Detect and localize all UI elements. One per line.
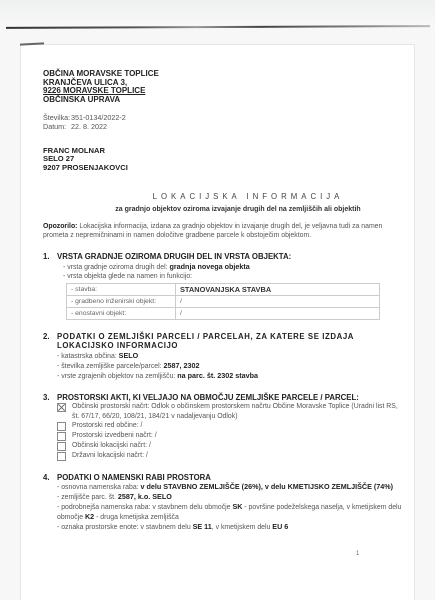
table-value: / xyxy=(176,295,380,307)
item-value: v delu STAVBNO ZEMLJIŠČE (26%), v delu K… xyxy=(141,482,394,491)
item-label: - podrobnejša namenska raba: v stavbnem … xyxy=(57,504,232,511)
page-number: 1 xyxy=(356,551,359,557)
date-value: 22. 8. 2022 xyxy=(71,122,107,131)
scan-background xyxy=(0,0,435,26)
table-value: / xyxy=(176,307,380,319)
warning-note: Opozorilo: Lokacijska informacija, izdan… xyxy=(43,223,403,240)
section-number: 3. xyxy=(43,393,57,402)
recipient-address: FRANC MOLNAR SELO 27 9207 PROSENJAKOVCI xyxy=(43,147,403,173)
table-row: - enostavni objekt:/ xyxy=(67,307,380,319)
item-label: - katastrska občina: xyxy=(57,353,119,360)
section-title: PODATKI O NAMENSKI RABI PROSTORA xyxy=(57,473,211,482)
item-value: na parc. št. 2302 stavba xyxy=(177,371,258,380)
item-label: - vrste zgrajenih objektov na zemljišču: xyxy=(57,373,177,380)
item-value: SE 11 xyxy=(193,522,212,531)
checkbox-label: Prostorski red občine: / xyxy=(72,421,142,430)
recipient-name: FRANC MOLNAR xyxy=(43,147,403,156)
item-label: vrsta gradnje oziroma drugih del: xyxy=(67,264,169,271)
section-4: 4.PODATKI O NAMENSKI RABI PROSTORA - osn… xyxy=(43,473,403,533)
unchecked-checkbox-icon xyxy=(57,432,66,441)
table-key: - enostavni objekt: xyxy=(67,307,176,319)
item-value: SK xyxy=(232,502,242,511)
section-title: PROSTORSKI AKTI, KI VELJAJO NA OBMOČJU Z… xyxy=(57,393,359,402)
document-title: LOKACIJSKA INFORMACIJA xyxy=(43,192,403,201)
item-label: - oznaka prostorske enote: v stavbnem de… xyxy=(57,524,193,531)
unchecked-checkbox-icon xyxy=(57,442,66,451)
checkbox-label: Državni lokacijski načrt: / xyxy=(72,451,148,460)
checkbox-label: Občinski lokacijski načrt: / xyxy=(72,441,151,450)
table-row: - gradbeno inženirski objekt:/ xyxy=(67,295,380,307)
table-row: - stavba:STANOVANJSKA STAVBA xyxy=(67,283,380,295)
object-type-table: - stavba:STANOVANJSKA STAVBA - gradbeno … xyxy=(66,283,380,320)
item-text: - druga kmetijska zemljišča xyxy=(94,514,179,521)
checkbox-label: Občinski prostorski načrt: Odlok o občin… xyxy=(72,402,403,420)
section-number: 4. xyxy=(43,473,57,482)
checkbox-item: Prostorski red občine: / xyxy=(57,421,403,431)
warning-text: Lokacijska informacija, izdana za gradnj… xyxy=(43,223,382,239)
item-value: 2587, 2302 xyxy=(163,361,199,370)
sender-line-4: OBČINSKA UPRAVA xyxy=(43,96,403,105)
item-text: , v kmetijskem delu xyxy=(212,524,273,531)
section-1: 1.VRSTA GRADNJE OZIROMA DRUGIH DEL IN VR… xyxy=(43,252,403,320)
checkbox-item: Državni lokacijski načrt: / xyxy=(57,451,403,461)
item-value: gradnja novega objekta xyxy=(169,262,249,271)
section-title: VRSTA GRADNJE OZIROMA DRUGIH DEL IN VRST… xyxy=(57,252,291,261)
item-value: SELO xyxy=(119,351,139,360)
document-meta: Številka: 351-0134/2022-2 Datum: 22. 8. … xyxy=(43,114,403,131)
section-3: 3.PROSTORSKI AKTI, KI VELJAJO NA OBMOČJU… xyxy=(43,393,403,461)
checkbox-item: Prostorski izvedbeni načrt: / xyxy=(57,431,403,441)
section-title: PODATKI O ZEMLJIŠKI PARCELI / PARCELAH, … xyxy=(57,332,403,351)
document-subtitle: za gradnjo objektov oziroma izvajanje dr… xyxy=(43,205,403,214)
item-value: K2 xyxy=(85,512,94,521)
section-2: 2.PODATKI O ZEMLJIŠKI PARCELI / PARCELAH… xyxy=(43,332,403,381)
sender-address: OBČINA MORAVSKE TOPLICE KRANJČEVA ULICA … xyxy=(43,70,403,104)
checked-checkbox-icon xyxy=(57,403,66,412)
item-label: - osnovna namenska raba: xyxy=(57,484,141,491)
unchecked-checkbox-icon xyxy=(57,452,66,461)
checkbox-label: Prostorski izvedbeni načrt: / xyxy=(72,431,157,440)
table-key: - gradbeno inženirski objekt: xyxy=(67,295,176,307)
unchecked-checkbox-icon xyxy=(57,422,66,431)
document-page: OBČINA MORAVSKE TOPLICE KRANJČEVA ULICA … xyxy=(20,44,415,600)
table-key: - stavba: xyxy=(67,283,176,295)
table-value: STANOVANJSKA STAVBA xyxy=(176,283,380,295)
warning-label: Opozorilo: xyxy=(43,223,77,230)
recipient-city: 9207 PROSENJAKOVCI xyxy=(43,164,403,173)
item-value: EU 6 xyxy=(272,522,288,531)
section-number: 1. xyxy=(43,252,57,261)
date-label: Datum: xyxy=(43,123,69,132)
checkbox-item: Občinski lokacijski načrt: / xyxy=(57,441,403,451)
item-label: vrsta objekta glede na namen in funkcijo… xyxy=(67,273,192,280)
item-label: - zemljišče parc. št. xyxy=(57,494,118,501)
item-label: - številka zemljiške parcele/parcel: xyxy=(57,363,163,370)
section-number: 2. xyxy=(43,332,57,351)
checkbox-item: Občinski prostorski načrt: Odlok o občin… xyxy=(57,402,403,420)
item-value: 2587, k.o. SELO xyxy=(118,492,172,501)
